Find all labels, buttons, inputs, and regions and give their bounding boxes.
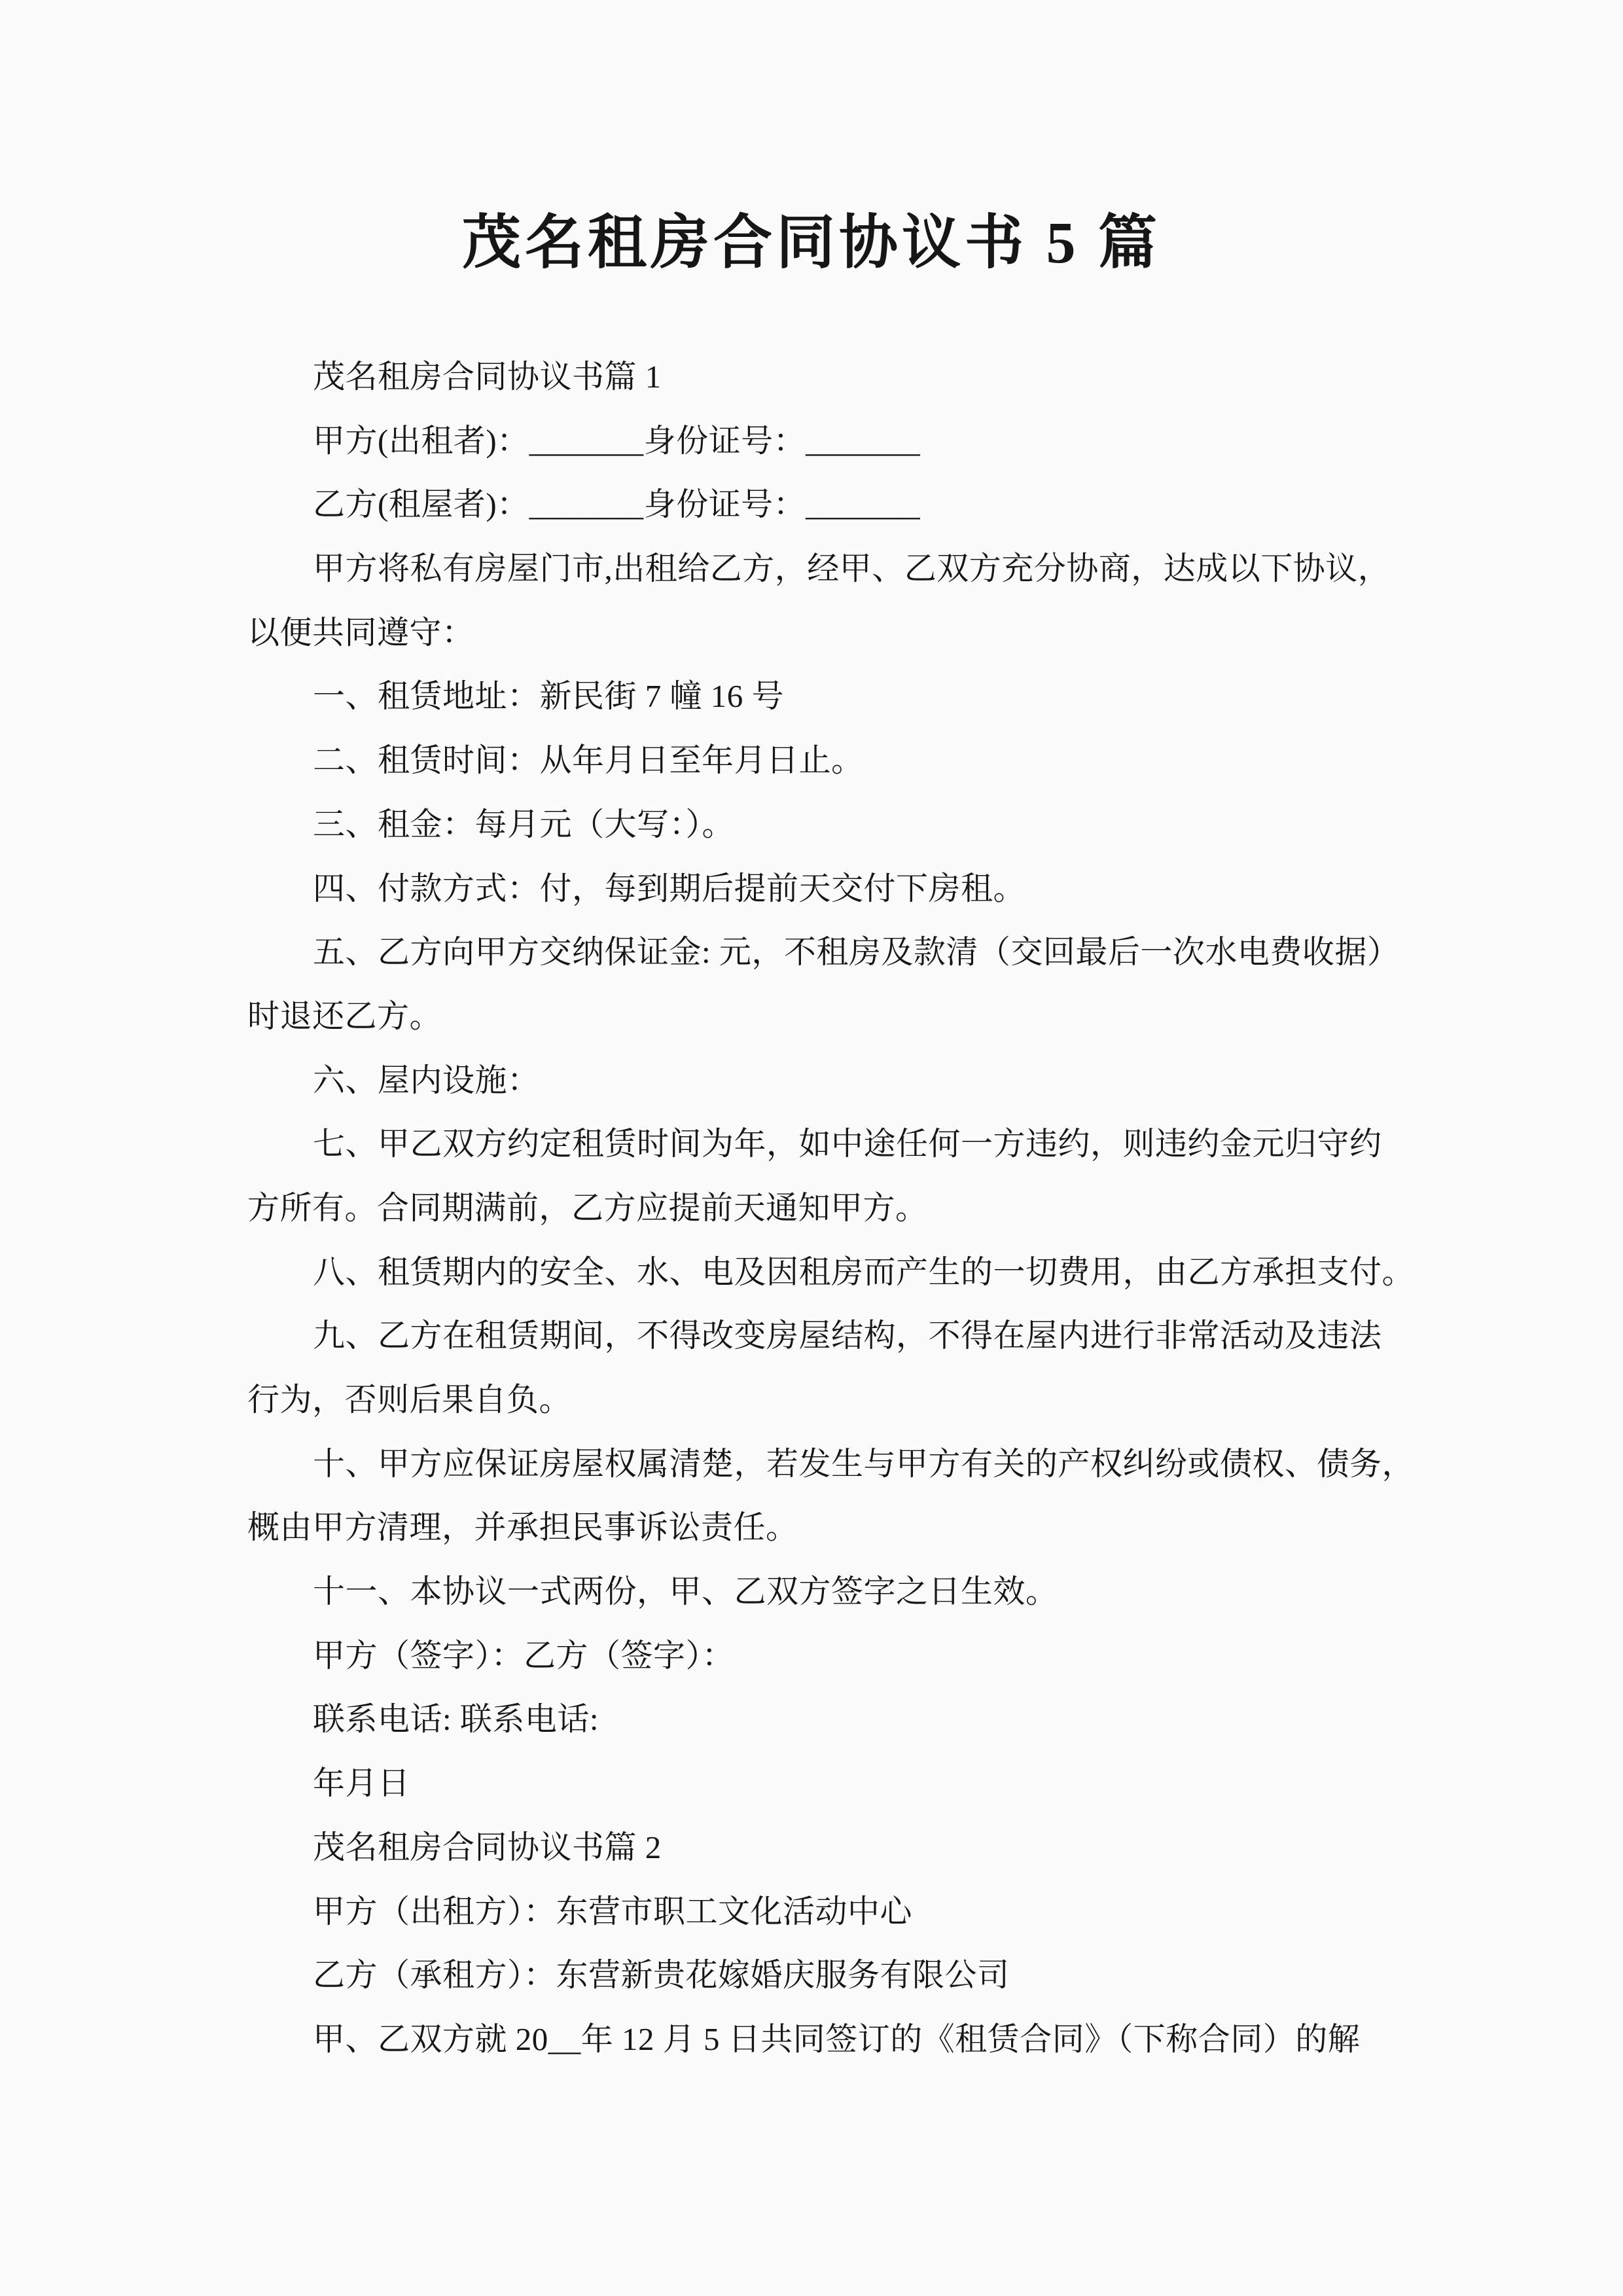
preamble-line-2: 以便共同遵守： — [247, 601, 1406, 665]
section-1-heading: 茂名租房合同协议书篇 1 — [247, 345, 1406, 409]
clause-10-line-1: 十、甲方应保证房屋权属清楚，若发生与甲方有关的产权纠纷或债权、债务， — [247, 1432, 1406, 1496]
clause-4: 四、付款方式：付，每到期后提前天交付下房租。 — [247, 857, 1406, 921]
clause-10-line-2: 概由甲方清理，并承担民事诉讼责任。 — [247, 1496, 1406, 1560]
clause-3: 三、租金：每月元（大写：）。 — [247, 793, 1406, 857]
signature-line: 甲方（签字）：乙方（签字）： — [247, 1624, 1406, 1688]
party-a-blank-line: 甲方(出租者)：_______身份证号：_______ — [247, 409, 1406, 473]
clause-9-line-2: 行为，否则后果自负。 — [247, 1368, 1406, 1432]
date-line: 年月日 — [247, 1751, 1406, 1816]
document-body: 茂名租房合同协议书篇 1 甲方(出租者)：_______身份证号：_______… — [247, 345, 1406, 2072]
party-b-blank-line: 乙方(租屋者)：_______身份证号：_______ — [247, 473, 1406, 537]
clause-11: 十一、本协议一式两份，甲、乙双方签字之日生效。 — [247, 1560, 1406, 1624]
section-2-party-a: 甲方（出租方）：东营市职工文化活动中心 — [247, 1880, 1406, 1944]
section-2-party-b: 乙方（承租方）：东营新贵花嫁婚庆服务有限公司 — [247, 1943, 1406, 2007]
clause-1: 一、租赁地址：新民街 7 幢 16 号 — [247, 664, 1406, 728]
clause-7-line-2: 方所有。合同期满前，乙方应提前天通知甲方。 — [247, 1176, 1406, 1240]
contact-phone-line: 联系电话: 联系电话: — [247, 1687, 1406, 1751]
preamble-line-1: 甲方将私有房屋门市,出租给乙方，经甲、乙双方充分协商，达成以下协议， — [247, 537, 1406, 601]
section-2-preamble: 甲、乙双方就 20__年 12 月 5 日共同签订的《租赁合同》（下称合同）的解 — [247, 2007, 1406, 2072]
clause-6: 六、屋内设施： — [247, 1049, 1406, 1113]
document-title: 茂名租房合同协议书 5 篇 — [245, 207, 1378, 279]
clause-5-line-1: 五、乙方向甲方交纳保证金: 元，不租房及款清（交回最后一次水电费收据） — [247, 920, 1406, 984]
clause-2: 二、租赁时间：从年月日至年月日止。 — [247, 728, 1406, 793]
clause-8: 八、租赁期内的安全、水、电及因租房而产生的一切费用，由乙方承担支付。 — [247, 1240, 1406, 1304]
section-2-heading: 茂名租房合同协议书篇 2 — [247, 1816, 1406, 1880]
contract-document-page: 茂名租房合同协议书 5 篇 茂名租房合同协议书篇 1 甲方(出租者)：_____… — [0, 0, 1623, 2296]
clause-9-line-1: 九、乙方在租赁期间，不得改变房屋结构，不得在屋内进行非常活动及违法 — [247, 1304, 1406, 1368]
clause-7-line-1: 七、甲乙双方约定租赁时间为年，如中途任何一方违约，则违约金元归守约 — [247, 1112, 1406, 1176]
clause-5-line-2: 时退还乙方。 — [247, 984, 1406, 1049]
